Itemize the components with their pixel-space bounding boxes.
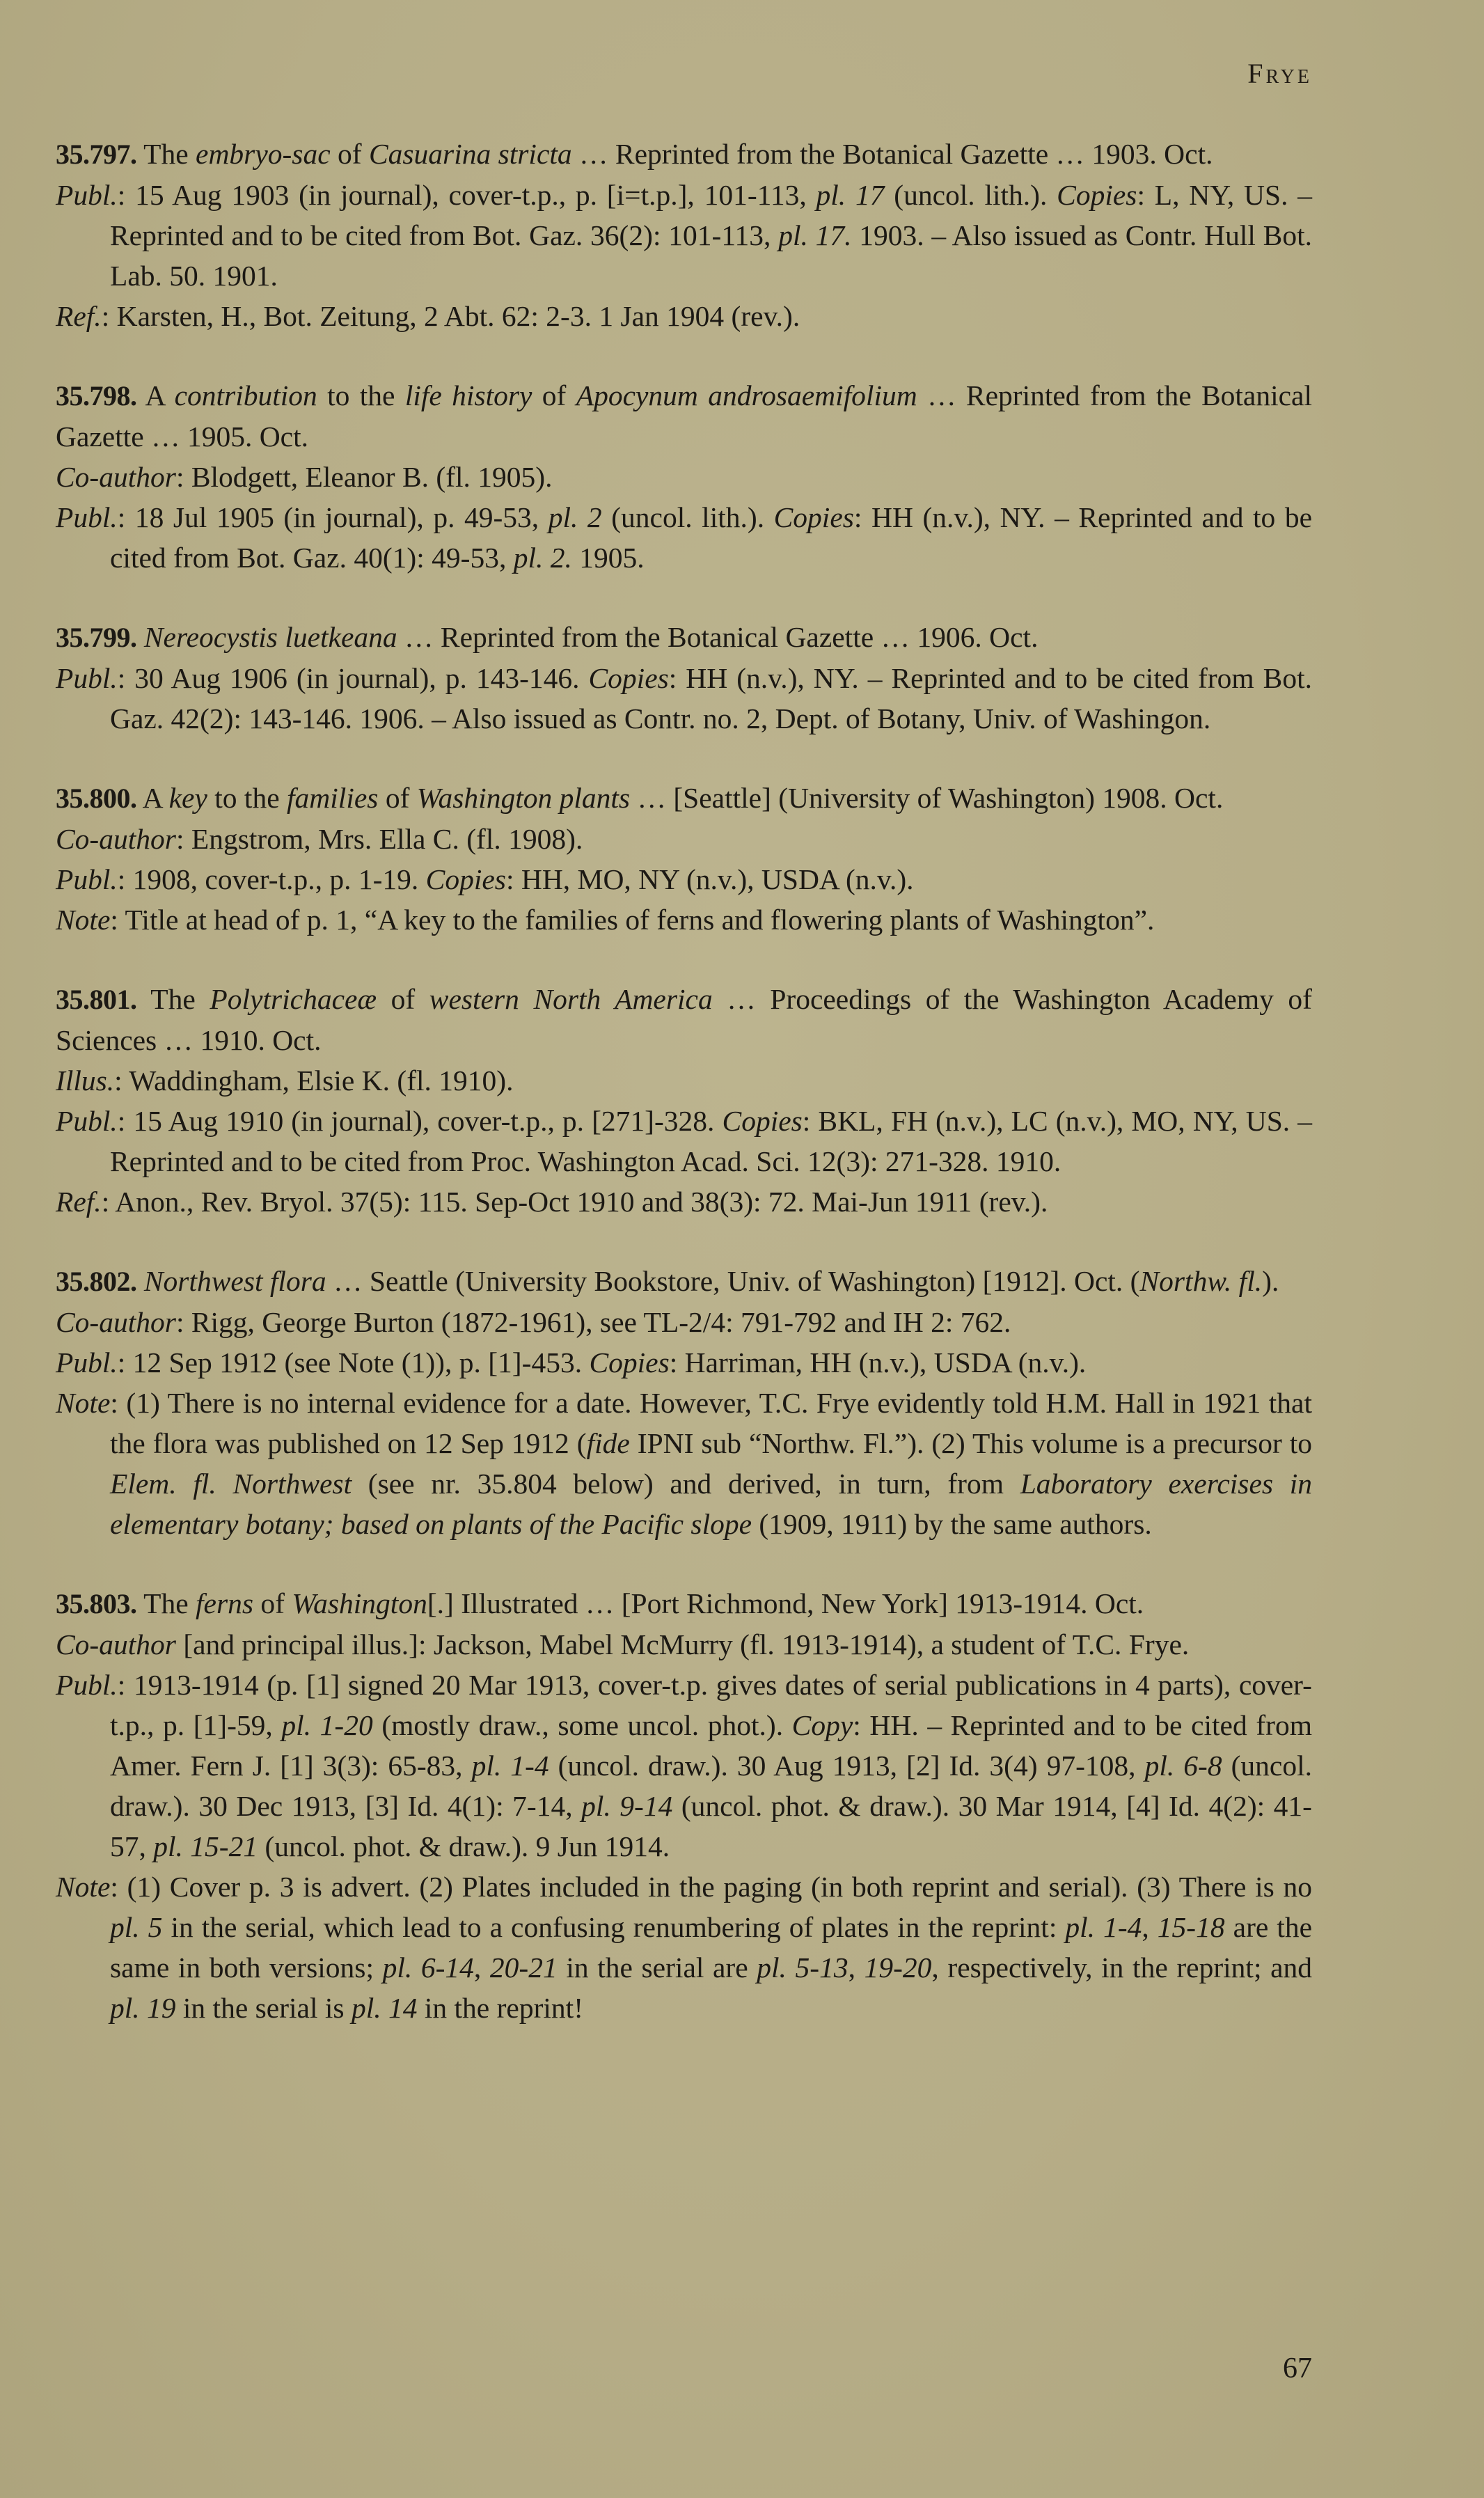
entry-field-co-author: Co-author: Blodgett, Eleanor B. (fl. 190…	[56, 457, 1312, 497]
text: to the	[207, 782, 287, 814]
entry-field-illus: Illus.: Waddingham, Elsie K. (fl. 1910).	[56, 1060, 1312, 1101]
entry-title: 35.803. The ferns of Washington[.] Illus…	[56, 1583, 1312, 1624]
entry-field-note: Note: Title at head of p. 1, “A key to t…	[56, 900, 1312, 940]
text: The	[137, 138, 196, 170]
bibliography-entry: 35.801. The Polytrichaceæ of western Nor…	[56, 979, 1312, 1222]
italic-text: pl. 17	[816, 179, 885, 211]
bibliography-entries: 35.797. The embryo-sac of Casuarina stri…	[56, 134, 1312, 2067]
italic-text: Washington plants	[417, 782, 630, 814]
text: of	[378, 782, 416, 814]
italic-text: Casuarina stricta	[369, 138, 572, 170]
field-label: Publ.	[56, 1105, 118, 1137]
page-number: 67	[1283, 2352, 1312, 2385]
italic-text: Elem. fl. Northwest	[110, 1468, 352, 1500]
text: 1905.	[572, 542, 645, 574]
text: The	[137, 1587, 196, 1619]
field-label: Publ.	[56, 1669, 118, 1701]
running-head: Frye	[1247, 57, 1312, 90]
entry-field-publ: Publ.: 15 Aug 1903 (in journal), cover-t…	[56, 175, 1312, 296]
italic-text: Copies	[589, 1346, 669, 1378]
entry-title: 35.801. The Polytrichaceæ of western Nor…	[56, 979, 1312, 1060]
italic-text: pl. 2.	[514, 542, 572, 574]
italic-text: pl. 1-20	[281, 1709, 372, 1741]
entry-field-note: Note: (1) Cover p. 3 is advert. (2) Plat…	[56, 1867, 1312, 2028]
italic-text: pl. 1-4	[1065, 1911, 1142, 1943]
entry-field-note: Note: (1) There is no internal evidence …	[56, 1383, 1312, 1544]
text: (uncol. lith.).	[602, 501, 774, 533]
entry-number: 35.797.	[56, 139, 137, 170]
text: [.] Illustrated … [Port Richmond, New Yo…	[427, 1587, 1144, 1619]
italic-text: 20-21	[490, 1951, 558, 1984]
entry-title: 35.799. Nereocystis luetkeana … Reprinte…	[56, 617, 1312, 658]
italic-text: Nereocystis luetkeana	[144, 621, 397, 653]
bibliography-entry: 35.799. Nereocystis luetkeana … Reprinte…	[56, 617, 1312, 739]
italic-text: pl. 9-14	[581, 1790, 672, 1822]
italic-text: 19-20	[865, 1951, 932, 1984]
text: : Waddingham, Elsie K. (fl. 1910).	[114, 1065, 513, 1097]
text: : Blodgett, Eleanor B. (fl. 1905).	[176, 461, 553, 493]
entry-field-co-author: Co-author: Rigg, George Burton (1872-196…	[56, 1302, 1312, 1342]
entry-field-publ: Publ.: 12 Sep 1912 (see Note (1)), p. [1…	[56, 1342, 1312, 1383]
text: : 15 Aug 1910 (in journal), cover-t.p., …	[118, 1105, 723, 1137]
italic-text: pl. 1-4	[472, 1750, 549, 1782]
italic-text: Copies	[589, 662, 669, 694]
entry-field-publ: Publ.: 15 Aug 1910 (in journal), cover-t…	[56, 1101, 1312, 1181]
text: of	[331, 138, 369, 170]
italic-text: pl. 6-14	[383, 1951, 474, 1984]
text: in the serial are	[558, 1951, 757, 1984]
text: A	[137, 782, 169, 814]
text: in the serial, which lead to a confusing…	[162, 1911, 1065, 1943]
field-label: Co-author	[56, 1306, 176, 1338]
italic-text: embryo-sac	[196, 138, 331, 170]
entry-title: 35.802. Northwest flora … Seattle (Unive…	[56, 1261, 1312, 1302]
bibliography-entry: 35.802. Northwest flora … Seattle (Unive…	[56, 1261, 1312, 1544]
italic-text: Washington	[292, 1587, 427, 1619]
entry-title: 35.797. The embryo-sac of Casuarina stri…	[56, 134, 1312, 175]
italic-text: pl. 19	[110, 1992, 176, 2024]
italic-text: Copies	[723, 1105, 803, 1137]
field-label: Ref.	[56, 1186, 102, 1218]
text: … Reprinted from the Botanical Gazette ……	[397, 621, 1039, 653]
text: : Rigg, George Burton (1872-1961), see T…	[176, 1306, 1011, 1338]
italic-text: pl. 6-8	[1145, 1750, 1222, 1782]
text: (uncol. lith.).	[884, 179, 1057, 211]
text: : 12 Sep 1912 (see Note (1)), p. [1]-453…	[118, 1346, 590, 1378]
text: … Reprinted from the Botanical Gazette ……	[572, 138, 1213, 170]
text: (uncol. draw.). 30 Aug 1913, [2] Id. 3(4…	[549, 1750, 1145, 1782]
text: : Harriman, HH (n.v.), USDA (n.v.).	[670, 1346, 1087, 1378]
italic-text: Copies	[1057, 179, 1137, 211]
text: : 15 Aug 1903 (in journal), cover-t.p., …	[118, 179, 816, 211]
field-label: Co-author	[56, 823, 176, 855]
text: : Anon., Rev. Bryol. 37(5): 115. Sep-Oct…	[102, 1186, 1048, 1218]
text: ,	[1142, 1911, 1157, 1943]
text: … [Seattle] (University of Washington) 1…	[630, 782, 1223, 814]
italic-text: families	[287, 782, 378, 814]
bibliography-entry: 35.797. The embryo-sac of Casuarina stri…	[56, 134, 1312, 336]
italic-text: 15-18	[1158, 1911, 1225, 1943]
italic-text: Apocynum androsaemifolium	[576, 379, 917, 411]
field-label: Co-author	[56, 461, 176, 493]
text: (uncol. phot. & draw.). 9 Jun 1914.	[258, 1830, 670, 1862]
italic-text: Copies	[426, 863, 506, 895]
text: (1909, 1911) by the same authors.	[752, 1508, 1152, 1540]
field-label: Note	[56, 1387, 110, 1419]
field-label: Co-author	[56, 1628, 176, 1660]
text: of	[532, 379, 576, 411]
italic-text: ferns	[196, 1587, 253, 1619]
text: of	[253, 1587, 292, 1619]
text: A	[137, 379, 175, 411]
entry-field-publ: Publ.: 1908, cover-t.p., p. 1-19. Copies…	[56, 859, 1312, 900]
italic-text: Polytrichaceæ	[210, 983, 377, 1015]
text: in the reprint!	[417, 1992, 583, 2024]
text: of	[377, 983, 429, 1015]
entry-number: 35.799.	[56, 622, 137, 653]
entry-number: 35.802.	[56, 1266, 137, 1297]
bibliography-entry: 35.800. A key to the families of Washing…	[56, 778, 1312, 940]
text: to the	[317, 379, 405, 411]
entry-field-publ: Publ.: 18 Jul 1905 (in journal), p. 49-5…	[56, 497, 1312, 578]
text: ).	[1262, 1265, 1279, 1297]
italic-text: pl. 17.	[778, 219, 851, 251]
italic-text: pl. 5-13	[757, 1951, 848, 1984]
text: IPNI sub “Northw. Fl.”). (2) This volume…	[630, 1427, 1312, 1459]
field-label: Note	[56, 904, 110, 936]
entry-number: 35.798.	[56, 380, 137, 411]
text: (see nr. 35.804 below) and derived, in t…	[352, 1468, 1020, 1500]
italic-text: Northwest flora	[144, 1265, 326, 1297]
text: ,	[474, 1951, 490, 1984]
text: : 30 Aug 1906 (in journal), p. 143-146.	[118, 662, 589, 694]
italic-text: western North America	[429, 983, 713, 1015]
text	[137, 621, 144, 653]
entry-field-ref: Ref.: Karsten, H., Bot. Zeitung, 2 Abt. …	[56, 296, 1312, 336]
entry-title: 35.800. A key to the families of Washing…	[56, 778, 1312, 819]
text: [and principal illus.]: Jackson, Mabel M…	[176, 1628, 1189, 1660]
text: The	[137, 983, 210, 1015]
text: : Title at head of p. 1, “A key to the f…	[110, 904, 1154, 936]
italic-text: life history	[405, 379, 532, 411]
entry-field-publ: Publ.: 30 Aug 1906 (in journal), p. 143-…	[56, 658, 1312, 739]
bibliography-entry: 35.798. A contribution to the life histo…	[56, 375, 1312, 578]
text: : (1) Cover p. 3 is advert. (2) Plates i…	[110, 1871, 1312, 1903]
field-label: Publ.	[56, 501, 118, 533]
text: ,	[848, 1951, 865, 1984]
text: : HH, MO, NY (n.v.), USDA (n.v.).	[506, 863, 914, 895]
italic-text: Northw. fl.	[1139, 1265, 1262, 1297]
entry-field-ref: Ref.: Anon., Rev. Bryol. 37(5): 115. Sep…	[56, 1181, 1312, 1222]
italic-text: pl. 2	[548, 501, 602, 533]
text: : Engstrom, Mrs. Ella C. (fl. 1908).	[176, 823, 583, 855]
field-label: Illus.	[56, 1065, 114, 1097]
entry-number: 35.801.	[56, 984, 137, 1015]
italic-text: Copies	[774, 501, 854, 533]
text: … Seattle (University Bookstore, Univ. o…	[326, 1265, 1140, 1297]
field-label: Publ.	[56, 662, 118, 694]
italic-text: contribution	[175, 379, 317, 411]
text: in the serial is	[176, 1992, 352, 2024]
text: (mostly draw., some uncol. phot.).	[373, 1709, 792, 1741]
text: , respectively, in the reprint; and	[931, 1951, 1312, 1984]
italic-text: fide	[587, 1427, 630, 1459]
italic-text: pl. 14	[352, 1992, 418, 2024]
italic-text: key	[169, 782, 207, 814]
italic-text: pl. 5	[110, 1911, 162, 1943]
entry-title: 35.798. A contribution to the life histo…	[56, 375, 1312, 457]
text: : Karsten, H., Bot. Zeitung, 2 Abt. 62: …	[102, 300, 800, 332]
entry-number: 35.803.	[56, 1588, 137, 1619]
italic-text: pl. 15-21	[153, 1830, 258, 1862]
italic-text: Copy	[792, 1709, 853, 1741]
text: : 18 Jul 1905 (in journal), p. 49-53,	[118, 501, 548, 533]
field-label: Ref.	[56, 300, 102, 332]
text	[137, 1265, 144, 1297]
entry-number: 35.800.	[56, 783, 137, 814]
field-label: Note	[56, 1871, 110, 1903]
bibliography-entry: 35.803. The ferns of Washington[.] Illus…	[56, 1583, 1312, 2028]
field-label: Publ.	[56, 863, 118, 895]
text: : 1908, cover-t.p., p. 1-19.	[118, 863, 426, 895]
entry-field-co-author: Co-author: Engstrom, Mrs. Ella C. (fl. 1…	[56, 819, 1312, 859]
entry-field-publ: Publ.: 1913-1914 (p. [1] signed 20 Mar 1…	[56, 1665, 1312, 1867]
field-label: Publ.	[56, 1346, 118, 1378]
field-label: Publ.	[56, 179, 118, 211]
entry-field-co-author: Co-author [and principal illus.]: Jackso…	[56, 1624, 1312, 1665]
